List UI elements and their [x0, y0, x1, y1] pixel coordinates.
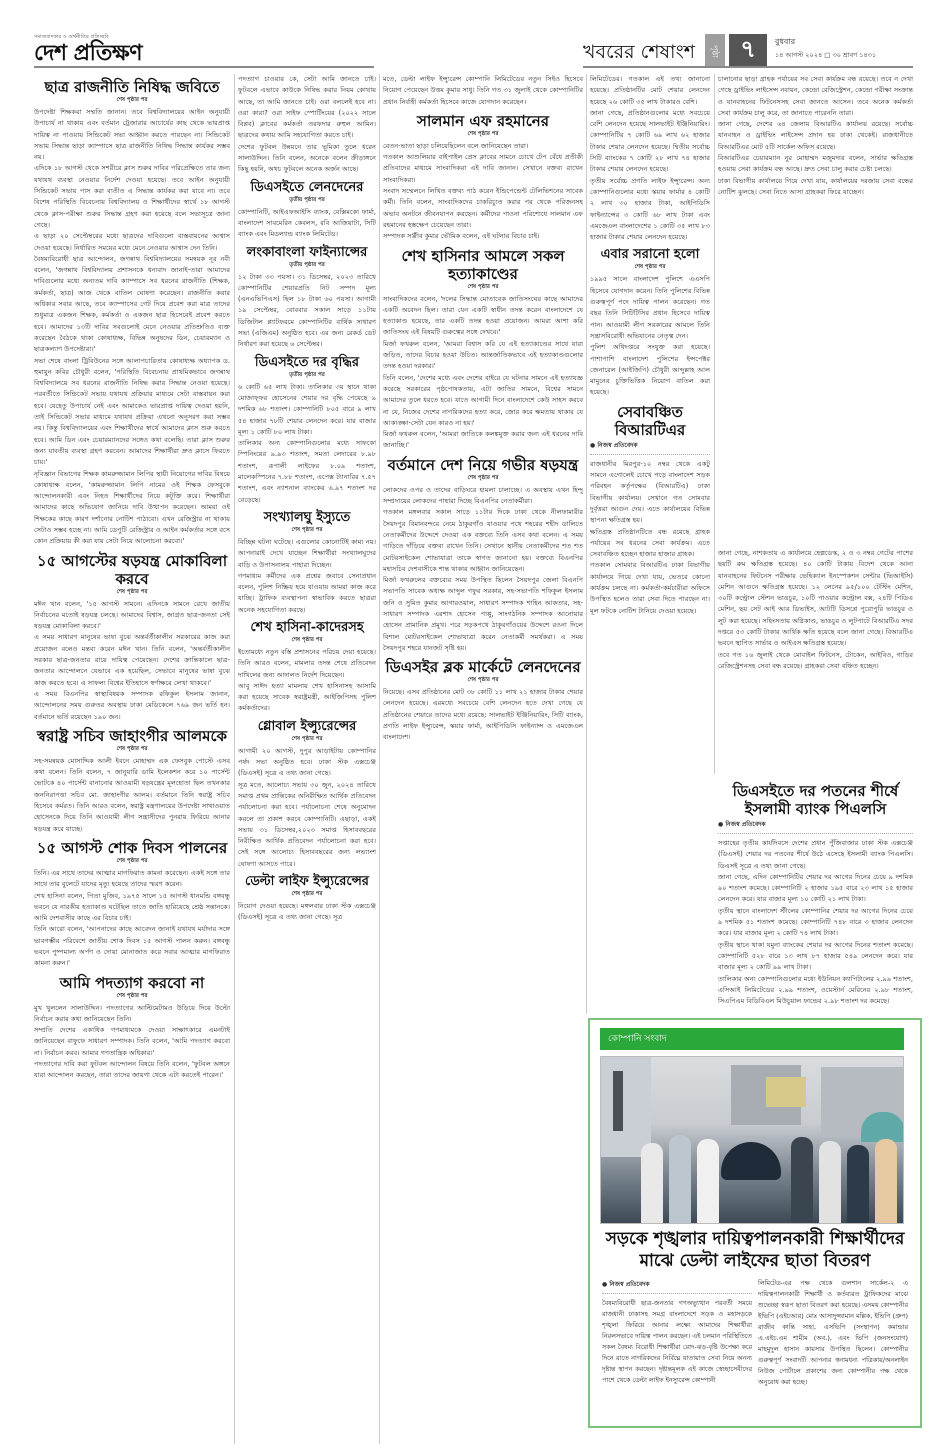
paragraph: সম্পাদক সঞ্জীব কুমার ভৌমিক বলেন, এই ঘটনা… [383, 231, 583, 242]
person-figure [847, 1145, 869, 1223]
paragraph: জানা গেছে, নাশকতায় এ কার্যালয়ে হেল্পডে… [718, 548, 913, 650]
paragraph: এ ছাড়া ২০ সেপ্টেম্বরের মধ্যে ছাত্রদের দ… [34, 231, 230, 254]
article-headline[interactable]: স্বরাষ্ট্র সচিব জাহাংগীর আলমকে [34, 727, 230, 745]
news-photo[interactable] [600, 1056, 904, 1224]
paragraph: জানা গেছে, এদিন কোম্পানিটির শেয়ার দর আগ… [718, 872, 913, 906]
canopy-shape [861, 1112, 904, 1142]
article-hasina-kader: শেখ হাসিনা-কাদেরসহ শেষ পৃষ্ঠার পর ইতোমধ্… [238, 620, 376, 715]
paragraph: এদিকে ১৮ আগস্ট থেকে সশরীরে ক্লাস শুরুর দ… [34, 163, 230, 231]
paragraph: এ সময় বিএনপির স্বাস্থ্যবিষয়ক সম্পাদক র… [34, 689, 230, 723]
article-headline[interactable]: বর্তমানে দেশ নিয়ে গভীর ষড়যন্ত্র [383, 456, 583, 474]
paragraph: তালিকার অন্য কোম্পানিগুলোর মধ্যে ইউনিয়ন… [718, 974, 913, 1008]
byline: ● নিজস্ব প্রতিবেদক [718, 820, 913, 834]
divider [34, 66, 374, 68]
paragraph: সভা শেষে বাংলা ট্রিবিউনের সঙ্গে আলাপচারি… [34, 356, 230, 469]
article-headline[interactable]: এবার সরানো হলো [590, 247, 710, 263]
column-1: ছাত্র রাজনীতি নিষিদ্ধ জবিতে শেষ পৃষ্ঠার … [34, 74, 230, 1444]
article-headline[interactable]: সংখ্যালঘু ইস্যুতে [238, 510, 376, 526]
column-5-lower: জানা গেছে, নাশকতায় এ কার্যালয়ে হেল্পডে… [718, 548, 913, 774]
paragraph: সূত্র মতে, আলোচ্য সভায় ৩০ জুন, ২০২৪ তার… [238, 780, 376, 870]
continued-label: শেষ পৃষ্ঠার পর [34, 745, 230, 754]
article-wont-resign: আমি পদত্যাগ করবো না শেষ পৃষ্ঠার পর মুখ খ… [34, 974, 230, 1082]
article-aug15-conspiracy: ১৫ আগস্টের ষড়যন্ত্র মোকাবিলা করবে শেষ প… [34, 552, 230, 723]
paragraph: সম্প্রতি দেশের একাধিক গণমাধ্যমকে দেওয়া … [34, 1025, 230, 1059]
traffic-light-icon [601, 1057, 651, 1157]
continued-label: তৃতীয় পৃষ্ঠার পর [238, 196, 376, 205]
paragraph: পুলিশ অধিদপ্তরে সংযুক্ত করা হয়েছে। পাশা… [590, 342, 710, 398]
continued-label: শেষ পৃষ্ঠার পর [590, 263, 710, 272]
article-mourning-day: ১৫ আগস্ট শোক দিবস পালনের শেষ পৃষ্ঠার পর … [34, 839, 230, 970]
paragraph: বিআরটিএর চেয়ারম্যান নুর মোহাম্মদ মজুমদা… [718, 153, 913, 176]
paragraph: তৃতীয় স্থানে বাংলাদেশ স্টীলের কোম্পানির… [718, 906, 913, 940]
column-divider [714, 74, 715, 774]
continued-label: শেষ পৃষ্ঠার পর [383, 130, 583, 139]
paragraph: তিনি আরো বলেন, 'আপনাদের কাছে আবেদন জানাই… [34, 924, 230, 969]
article-headline[interactable]: সেবাবঞ্চিত বিআরটিএর [590, 403, 710, 439]
paragraph: ঢাকা বিভাগীয় কার্যালয়ে গিয়ে দেখা যায়… [718, 176, 913, 199]
continued-label: শেষ পৃষ্ঠার পর [383, 676, 583, 685]
date-full: ১৪ আগস্ট ২০২৪ □ ৩০ শ্রাবণ ১৪৩১ [775, 50, 876, 61]
company-news-banner: কোম্পানি সংবাদ [600, 1028, 904, 1050]
article-dse-transactions: ডিএসইতে লেনদেনের তৃতীয় পৃষ্ঠার পর কোম্প… [238, 180, 376, 241]
paragraph: মতে, ডেল্টা লাইফ ইন্স্যুরেন্স কোম্পানি ল… [383, 74, 583, 108]
paragraph: রাজধানীর মিরপুর-১০ নম্বর থেকে একটু সামনে… [590, 459, 710, 527]
continued-label: শেষ পৃষ্ঠার পর [383, 283, 583, 292]
paragraph: তৃতীয় স্থানে থাকা যমুনা ব্যাংকের শেয়ার… [718, 940, 913, 974]
paragraph: গতকাল আশুলিয়ার বাইপাইল প্রেস ক্লাবের সা… [383, 152, 583, 186]
page-number: ৭ [729, 34, 767, 68]
article-minority-issue: সংখ্যালঘু ইস্যুতে শেষ পৃষ্ঠার পর বিচ্ছিন… [238, 510, 376, 616]
paragraph: তালিকার অন্য কোম্পানিগুলোর মধ্যে সাফকো স… [238, 438, 376, 506]
paragraph: বৈষম্যবিরোধী ছাত্র আন্দোলন, জগন্নাথ বিশ্… [34, 254, 230, 356]
paragraph: তিনি বলেন, 'দেশের মধ্যে এবং দেশের বাইরে … [383, 373, 583, 429]
person-figure [669, 1135, 691, 1223]
article-delta-life: ডেল্টা লাইফ ইন্স্যুরেন্সের শেষ পৃষ্ঠার প… [238, 874, 376, 924]
article-headline[interactable]: ডিএসইর ব্লক মার্কেটে লেনদেনের [383, 658, 583, 676]
column-divider [379, 74, 380, 1444]
person-figure [791, 1137, 813, 1223]
paragraph: তিনি। এর সাথে তাদের আত্মার মাগফিরাত কামন… [34, 868, 230, 891]
continued-label: শেষ পৃষ্ঠার পর [34, 857, 230, 866]
byline-text: নিজস্ব প্রতিবেদক [609, 1281, 649, 1288]
page-label: পৃষ্ঠা [705, 34, 725, 68]
article-islami-bank: ডিএসইতে দর পতনের শীর্ষে ইসলামী ব্যাংক পি… [718, 778, 913, 1014]
paragraph: পদত্যাগ চাওয়ার কে, সেটা আমি জানতে চাই। … [238, 74, 376, 142]
article-headline[interactable]: ১৫ আগস্টের ষড়যন্ত্র মোকাবিলা করবে [34, 552, 230, 588]
paragraph: বেতন-ভাতা ছাড়া চলিয়েছিলেন বলে জানিয়েছ… [383, 141, 583, 152]
paragraph: নিয়োগ দেওয়া হয়েছে। মঙ্গলবার ঢাকা স্টক… [238, 901, 376, 924]
person-figure [641, 1143, 663, 1223]
person-figure [875, 1139, 897, 1223]
column-divider [234, 74, 235, 1444]
paragraph: তবে গত ১৬ জুলাই থেকে মোবাইল ফিটনেস, টোকে… [718, 650, 913, 673]
paragraph: লিমিটেডের। গতকাল এই তথ্য জানানো হয়েছে। … [590, 74, 710, 108]
paragraph: আগামী ২০ আগস্ট, দুপুর আড়াইটায় কোম্পানি… [238, 746, 376, 780]
column-5: চালানোর ছাড়া গ্রাহক পর্যায়ের সব সেবা ক… [718, 74, 913, 544]
article-headline[interactable]: গ্লোবাল ইন্স্যুরেন্সের [238, 719, 376, 735]
article-headline[interactable]: ডিএসইতে লেনদেনের [238, 180, 376, 196]
continued-label: শেষ পৃষ্ঠার পর [383, 474, 583, 483]
paragraph: ১২ টাকা ৩৩ পয়সা। ৩১ ডিসেম্বর, ২০২৩ তারি… [238, 272, 376, 351]
byline-text: নিজস্ব প্রতিবেদক [597, 442, 637, 449]
byline-text: নিজস্ব প্রতিবেদক [725, 821, 765, 828]
article-headline[interactable]: ১৫ আগস্ট শোক দিবস পালনের [34, 839, 230, 857]
paragraph: চালানোর ছাড়া গ্রাহক পর্যায়ের সব সেবা ক… [718, 74, 913, 119]
paragraph: পদত্যাগের দাবি করা ফুটবল আন্দোলন বিষয়ে … [34, 1059, 230, 1082]
person-figure [697, 1139, 719, 1223]
company-news-body-left: ● নিজস্ব প্রতিবেদক বৈষম্যবিরোধী ছাত্র-জন… [602, 1278, 752, 1386]
article-headline[interactable]: ছাত্র রাজনীতি নিষিদ্ধ জবিতে [34, 78, 230, 96]
company-news-body-right: লিমিটেড-এর পক্ষ থেকে গুলশান সার্কেল-২ এ … [758, 1278, 908, 1388]
article-lankabangla: লংকাবাংলা ফাইন্যান্সের তৃতীয় পৃষ্ঠার পর… [238, 245, 376, 351]
continued-label: তৃতীয় পৃষ্ঠার পর [238, 371, 376, 380]
article-hasina-era-killings: শেখ হাসিনার আমলে সকল হত্যাকাণ্ডের শেষ পৃ… [383, 247, 583, 452]
newspaper-logo[interactable]: দেশ প্রতিক্ষণ [34, 42, 142, 64]
paragraph: উপদেষ্টা শিক্ষকরা সম্মতি জানান। তবে বিশ্… [34, 107, 230, 163]
paragraph: মঈন খান বলেন, '১৫ আগস্ট সামনে। এদিনকে সা… [34, 599, 230, 633]
paragraph: তৃতীয় সর্বোচ্চ প্রগতি লাইফ ইন্স্যুরেন্স… [590, 176, 710, 244]
byline: ● নিজস্ব প্রতিবেদক [590, 441, 710, 455]
traffic-signal-icon [613, 1071, 623, 1131]
paragraph: সংবাদ সম্মেলনে লিখিত বক্তব্য পাঠ করেন ইন… [383, 186, 583, 231]
article-headline[interactable]: ডিএসইতে দর পতনের শীর্ষে ইসলামী ব্যাংক পি… [718, 782, 913, 818]
paragraph: কোম্পানিটি, আইএফআইসি ব্যাংক, বেক্সিমকো ফ… [238, 207, 376, 241]
continued-label: শেষ পৃষ্ঠার পর [34, 992, 230, 1001]
column-3: মতে, ডেল্টা লাইফ ইন্স্যুরেন্স কোম্পানি ল… [383, 74, 583, 1444]
paragraph: ক্ষতিগ্রস্ত প্রতিষ্ঠানটিতে বন্ধ রয়েছে গ… [590, 527, 710, 561]
paragraph: ৬ কোটি ৬৫ লাখ টাকা। তালিকার ৩য় স্থানে থ… [238, 382, 376, 438]
column-divider [586, 74, 587, 1014]
column-2: পদত্যাগ চাওয়ার কে, সেটা আমি জানতে চাই। … [238, 74, 376, 1444]
paragraph: মির্জা ফখরুল বলেন, 'আমরা জাতিকে কলঙ্কমুক… [383, 429, 583, 452]
paragraph: লোকদের ওপর ও তাদের বাড়িঘরে হামলা চালাচ্… [383, 485, 583, 508]
paragraph: জানা গেছে, দেশের ৬৪ জেলায় বিআরটিএ কার্য… [718, 119, 913, 153]
paragraph: গণমাধ্যম কর্মীদের এক প্রশ্নের জবাবে সেনা… [238, 571, 376, 616]
continued-label: শেষ পৃষ্ঠার পর [34, 588, 230, 597]
paragraph: মির্জা ফখরুল বলেন, 'আমরা বিশ্বাস করি যে … [383, 339, 583, 373]
paragraph: ইতোমধ্যে নতুন বস্তি প্রশাসনের পরিচয় দেয… [238, 647, 376, 681]
article-brta-service: সেবাবঞ্চিত বিআরটিএর ● নিজস্ব প্রতিবেদক র… [590, 403, 710, 617]
billboard-shape [766, 1077, 806, 1107]
byline: ● নিজস্ব প্রতিবেদক [602, 1280, 752, 1294]
company-news-headline[interactable]: সড়কে শৃঙ্খলার দায়িত্বপালনকারী শিক্ষার্… [594, 1228, 916, 1272]
logo-block: সমাজবাদকার ও অর্থনীতির প্রতিচ্ছবি দেশ প্… [34, 34, 142, 64]
paragraph: মির্জা ফখরুলের বক্তব্যের সময় উপস্থিত ছি… [383, 575, 583, 654]
paragraph: ১৯৯৫ সালে বাংলাদেশ পুলিশে এএসপি হিসেবে য… [590, 274, 710, 342]
paragraph: আবু সাঈদ হত্যা মামলায় শেখ হাসিনাসহ আসাম… [238, 681, 376, 715]
paragraph: গতকাল সোমবার বিআরটিএ ঢাকা বিভাগীয় কার্য… [590, 560, 710, 616]
person-figure [819, 1141, 841, 1223]
article-headline[interactable]: লংকাবাংলা ফাইন্যান্সের [238, 245, 376, 261]
date-day: বুধবার [775, 36, 795, 49]
article-headline[interactable]: শেখ হাসিনা-কাদেরসহ [238, 620, 376, 636]
paragraph: নিয়েছে। এসব প্রতিষ্ঠানের মোট ৩৮ কোটি ১১… [383, 687, 583, 743]
masthead: সমাজবাদকার ও অর্থনীতির প্রতিচ্ছবি দেশ প্… [0, 0, 945, 68]
article-headline[interactable]: ডিএসইতে দর বৃদ্ধির [238, 355, 376, 371]
paragraph: মুখ খুললেন সালাউদ্দিন। পদত্যাগের আল্টিমে… [34, 1003, 230, 1026]
paragraph: দেশের ফুটবল উন্নয়নে তার ভূমিকা তুলে ধরে… [238, 142, 376, 176]
continued-label: শেষ পৃষ্ঠার পর [238, 526, 376, 535]
paragraph: এ সময় সাধারণ মানুষের ভাষা বুঝে অন্তর্বর… [34, 632, 230, 688]
continued-label: শেষ পৃষ্ঠার পর [238, 636, 376, 645]
article-headline[interactable]: আমি পদত্যাগ করবো না [34, 974, 230, 992]
continued-label: শেষ পৃষ্ঠার পর [238, 890, 376, 899]
paragraph: নৃবিজ্ঞান বিভাগের শিক্ষক কামরুজ্জামান লি… [34, 469, 230, 548]
continued-label: শেষ পৃষ্ঠার পর [34, 96, 230, 105]
paragraph: গতকাল মঙ্গলবার সকাল সাড়ে ১১টার দিকে ঢাক… [383, 507, 583, 575]
article-block-market: ডিএসইর ব্লক মার্কেটে লেনদেনের শেষ পৃষ্ঠা… [383, 658, 583, 743]
article-headline[interactable]: সালমান এফ রহমানের [383, 112, 583, 130]
column-4: লিমিটেডের। গতকাল এই তথ্য জানানো হয়েছে। … [590, 74, 710, 1014]
paragraph: সহ-সমন্বয়ক মোসাদ্দিক আলী ইবনে মোহাম্মদ … [34, 756, 230, 835]
paragraph: জানা গেছে, প্রতিষ্ঠানগুলোর মধ্যে সবচেয়ে… [590, 108, 710, 176]
article-deep-conspiracy: বর্তমানে দেশ নিয়ে গভীর ষড়যন্ত্র শেষ পৃ… [383, 456, 583, 654]
divider [583, 66, 913, 68]
article-jobi-politics: ছাত্র রাজনীতি নিষিদ্ধ জবিতে শেষ পৃষ্ঠার … [34, 78, 230, 548]
article-headline[interactable]: ডেল্টা লাইফ ইন্স্যুরেন্সের [238, 874, 376, 890]
article-dse-gainers: ডিএসইতে দর বৃদ্ধির তৃতীয় পৃষ্ঠার পর ৬ ক… [238, 355, 376, 506]
paragraph: শেখ হাসিনা বলেন, পিতা মুজিব, ১৯৭৫ সালে ১… [34, 891, 230, 925]
umbrella-icon [721, 1142, 781, 1180]
article-salman-f-rahman: সালমান এফ রহমানের শেষ পৃষ্ঠার পর বেতন-ভা… [383, 112, 583, 243]
company-news-box: কোম্পানি সংবাদ সড়কে শৃঙ্খলার দায়িত্বপা… [588, 1018, 922, 1428]
continued-label: শেষ পৃষ্ঠার পর [238, 735, 376, 744]
article-removed-again: এবার সরানো হলো শেষ পৃষ্ঠার পর ১৯৯৫ সালে … [590, 247, 710, 398]
article-headline[interactable]: শেখ হাসিনার আমলে সকল হত্যাকাণ্ডের [383, 247, 583, 283]
paragraph: বিচ্ছিন্ন ঘটনা ঘটেছে। এগুলোর কোনোটিই কাম… [238, 537, 376, 571]
paragraph: বৈষম্যবিরোধী ছাত্র-জনতার গণঅভ্যুত্থান পর… [602, 1298, 752, 1386]
paragraph: সাংবাদিকদের বলেন, 'দলের সিদ্ধান্ত মোতাবে… [383, 294, 583, 339]
paragraph: লিমিটেড-এর পক্ষ থেকে গুলশান সার্কেল-২ এ … [758, 1278, 908, 1388]
article-home-secretary: স্বরাষ্ট্র সচিব জাহাংগীর আলমকে শেষ পৃষ্ঠ… [34, 727, 230, 835]
continued-label: তৃতীয় পৃষ্ঠার পর [238, 261, 376, 270]
paragraph: সপ্তাহের তৃতীয় কার্যদিবসে দেশের প্রধান … [718, 838, 913, 872]
article-global-insurance: গ্লোবাল ইন্স্যুরেন্সের শেষ পৃষ্ঠার পর আগ… [238, 719, 376, 870]
